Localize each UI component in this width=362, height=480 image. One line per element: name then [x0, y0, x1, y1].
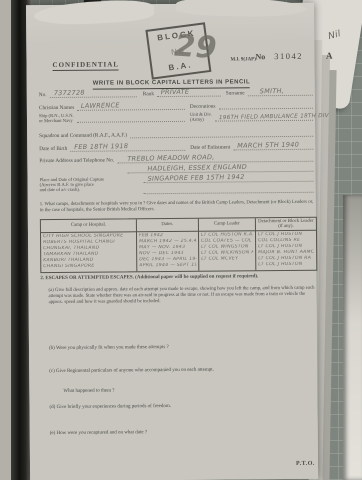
- photo-of-pow-form: CONFIDENTIAL BLOCK No B.A. 29 M.I. 9(JAP…: [0, 0, 362, 480]
- field-line: SMITH,: [248, 87, 313, 97]
- field-line: PRIVATE: [157, 88, 221, 98]
- paper-crumple: [176, 0, 306, 18]
- field-label: Surname: [226, 90, 248, 96]
- field-value: MARCH 5TH 1940: [237, 141, 299, 150]
- field-ship: Ship (R.N., U.S.N. or Merchant Navy: [39, 112, 185, 123]
- field-label: Unit & Div. (Army): [190, 112, 215, 122]
- question-2c-followup: What happened to them ?: [63, 387, 263, 395]
- field-label: Rank: [143, 91, 157, 97]
- no-abbrev: No: [255, 52, 265, 61]
- mi9-label: M.I. 9(JAP): [230, 57, 255, 62]
- form-page: CONFIDENTIAL BLOCK No B.A. 29 M.I. 9(JAP…: [26, 3, 318, 480]
- field-label: Ship (R.N., U.S.N. or Merchant Navy: [39, 113, 77, 123]
- column-block-leader: Detachment or Block Leader (if any). LT …: [256, 218, 316, 271]
- column-dates: Dates. FEB 1942 MARCH 1942 — 25.4.43 MAY…: [137, 219, 199, 272]
- paper-crumple: [34, 0, 155, 27]
- field-line: [77, 113, 185, 123]
- table-entry: APRIL 1944 — SEPT 1945: [139, 263, 196, 270]
- field-value: 196TH FIELD AMBULANCE 18TH DIV: [219, 113, 329, 121]
- field-christian-names: Christian Names LAWRENCE: [39, 101, 185, 111]
- field-surname: Surname SMITH,: [226, 87, 313, 97]
- question-2a: (a) Give full description and approx. da…: [48, 286, 316, 306]
- question-2-title: 2. ESCAPES OR ATTEMPTED ESCAPES. (Additi…: [40, 274, 318, 282]
- question-2e: (e) How were you recaptured and on what …: [50, 429, 300, 437]
- field-date-of-birth: Date of Birth FEB 18TH 1918: [39, 142, 185, 152]
- field-label: No.: [39, 92, 50, 98]
- field-line: [218, 100, 312, 110]
- field-capture-value: SINGAPORE FEB 15TH 1942: [143, 173, 313, 183]
- field-value: LAWRENCE: [81, 101, 120, 110]
- serial-number: 31042: [274, 51, 303, 61]
- field-line: 7372728: [50, 88, 137, 98]
- field-value: SMITH,: [260, 87, 285, 95]
- field-line: [130, 128, 313, 139]
- field-line: MARCH 5TH 1940: [233, 141, 313, 151]
- column-body: FEB 1942 MARCH 1942 — 25.4.43 MAY — NOV.…: [137, 232, 198, 271]
- question-1: 1. What camps, detachments or hospitals …: [40, 200, 318, 214]
- question-2b: (b) Were you physically fit when you mad…: [49, 344, 289, 352]
- field-value: PRIVATE: [161, 88, 190, 97]
- question-2c: (c) Give Regimental particulars of anyon…: [49, 367, 299, 375]
- field-value: TREBLO MEADOW ROAD,: [127, 153, 214, 163]
- field-label: Christian Names: [39, 105, 78, 111]
- column-camp-leader: Camp Leader LT COL HUSTON R.A.M.C COL CO…: [199, 218, 256, 270]
- field-enlistment: Date of Enlistment MARCH 5TH 1940: [190, 141, 313, 151]
- column-camp: Camp or Hospital. CITY HIGH SCHOOL SINGA…: [41, 219, 137, 272]
- field-line: FEB 18TH 1918: [70, 142, 185, 152]
- column-body: LT COL HUSTON R.A.M.C COL COATES — COL C…: [199, 231, 255, 264]
- field-line: 196TH FIELD AMBULANCE 18TH DIV: [215, 112, 313, 122]
- column-header: Detachment or Block Leader (if any).: [256, 218, 316, 232]
- field-number: No. 7372728: [39, 88, 137, 98]
- field-line: TREBLO MEADOW ROAD,: [117, 153, 313, 164]
- question-2d: (d) Give briefly your experiences during…: [49, 403, 299, 411]
- pencil-stamp-number: 29: [173, 29, 217, 67]
- field-label: Date of Enlistment: [190, 144, 233, 150]
- column-header: Camp or Hospital.: [41, 219, 136, 233]
- field-value: SINGAPORE FEB 15TH 1942: [147, 173, 244, 183]
- field-label: Private Address and Telephone No.: [39, 157, 117, 164]
- field-label: Date of Birth: [39, 146, 70, 152]
- pto-marking: P.T.O.: [296, 461, 315, 467]
- table-entry: LT COL J HUSTON: [258, 262, 314, 269]
- field-value: 7372728: [54, 89, 85, 98]
- field-label-line: and date of a/c crash).: [40, 186, 142, 192]
- table-entry: LT COL MCVEY: [201, 257, 253, 264]
- field-line: LAWRENCE: [77, 101, 185, 111]
- field-label: Decorations: [190, 104, 219, 110]
- serial-suffix: A: [326, 51, 333, 61]
- column-body: LT COL J HUSTON COL COLLINS RE LT COL J …: [256, 231, 316, 270]
- camps-table: Camp or Hospital. CITY HIGH SCHOOL SINGA…: [40, 217, 317, 273]
- field-decorations: Decorations: [190, 100, 313, 110]
- field-line: SINGAPORE FEB 15TH 1942: [143, 173, 313, 183]
- table-entry: CHANGI SINGAPORE: [43, 264, 134, 271]
- field-label-line: (Army): [190, 117, 212, 122]
- field-rank: Rank PRIVATE: [143, 88, 221, 98]
- field-squadron: Squadron and Command (R.A.F., A.A.F.): [39, 128, 313, 139]
- folder-edge: [343, 195, 362, 480]
- field-value: HADLEIGH, ESSEX ENGLAND: [147, 163, 247, 173]
- column-header: Dates.: [137, 219, 198, 233]
- field-capture-label: Place and Date of Original Capture (Airc…: [40, 176, 142, 192]
- field-line: [144, 184, 314, 194]
- confidential-marking: CONFIDENTIAL: [52, 60, 119, 71]
- column-header: Camp Leader: [199, 218, 255, 231]
- field-unit: Unit & Div. (Army) 196TH FIELD AMBULANCE…: [190, 111, 313, 122]
- column-body: CITY HIGH SCHOOL SINGAPORE ROBERTS HOSPI…: [41, 232, 136, 271]
- form-serial-number: No 31042 A: [255, 51, 332, 62]
- field-capture-line2: [144, 184, 314, 194]
- field-line: HADLEIGH, ESSEX ENGLAND: [127, 163, 313, 174]
- field-label: Squadron and Command (R.A.F., A.A.F.): [39, 132, 130, 139]
- field-address-line2: HADLEIGH, ESSEX ENGLAND: [127, 163, 313, 174]
- field-value: FEB 18TH 1918: [74, 142, 128, 151]
- field-label-line: or Merchant Navy: [39, 118, 74, 123]
